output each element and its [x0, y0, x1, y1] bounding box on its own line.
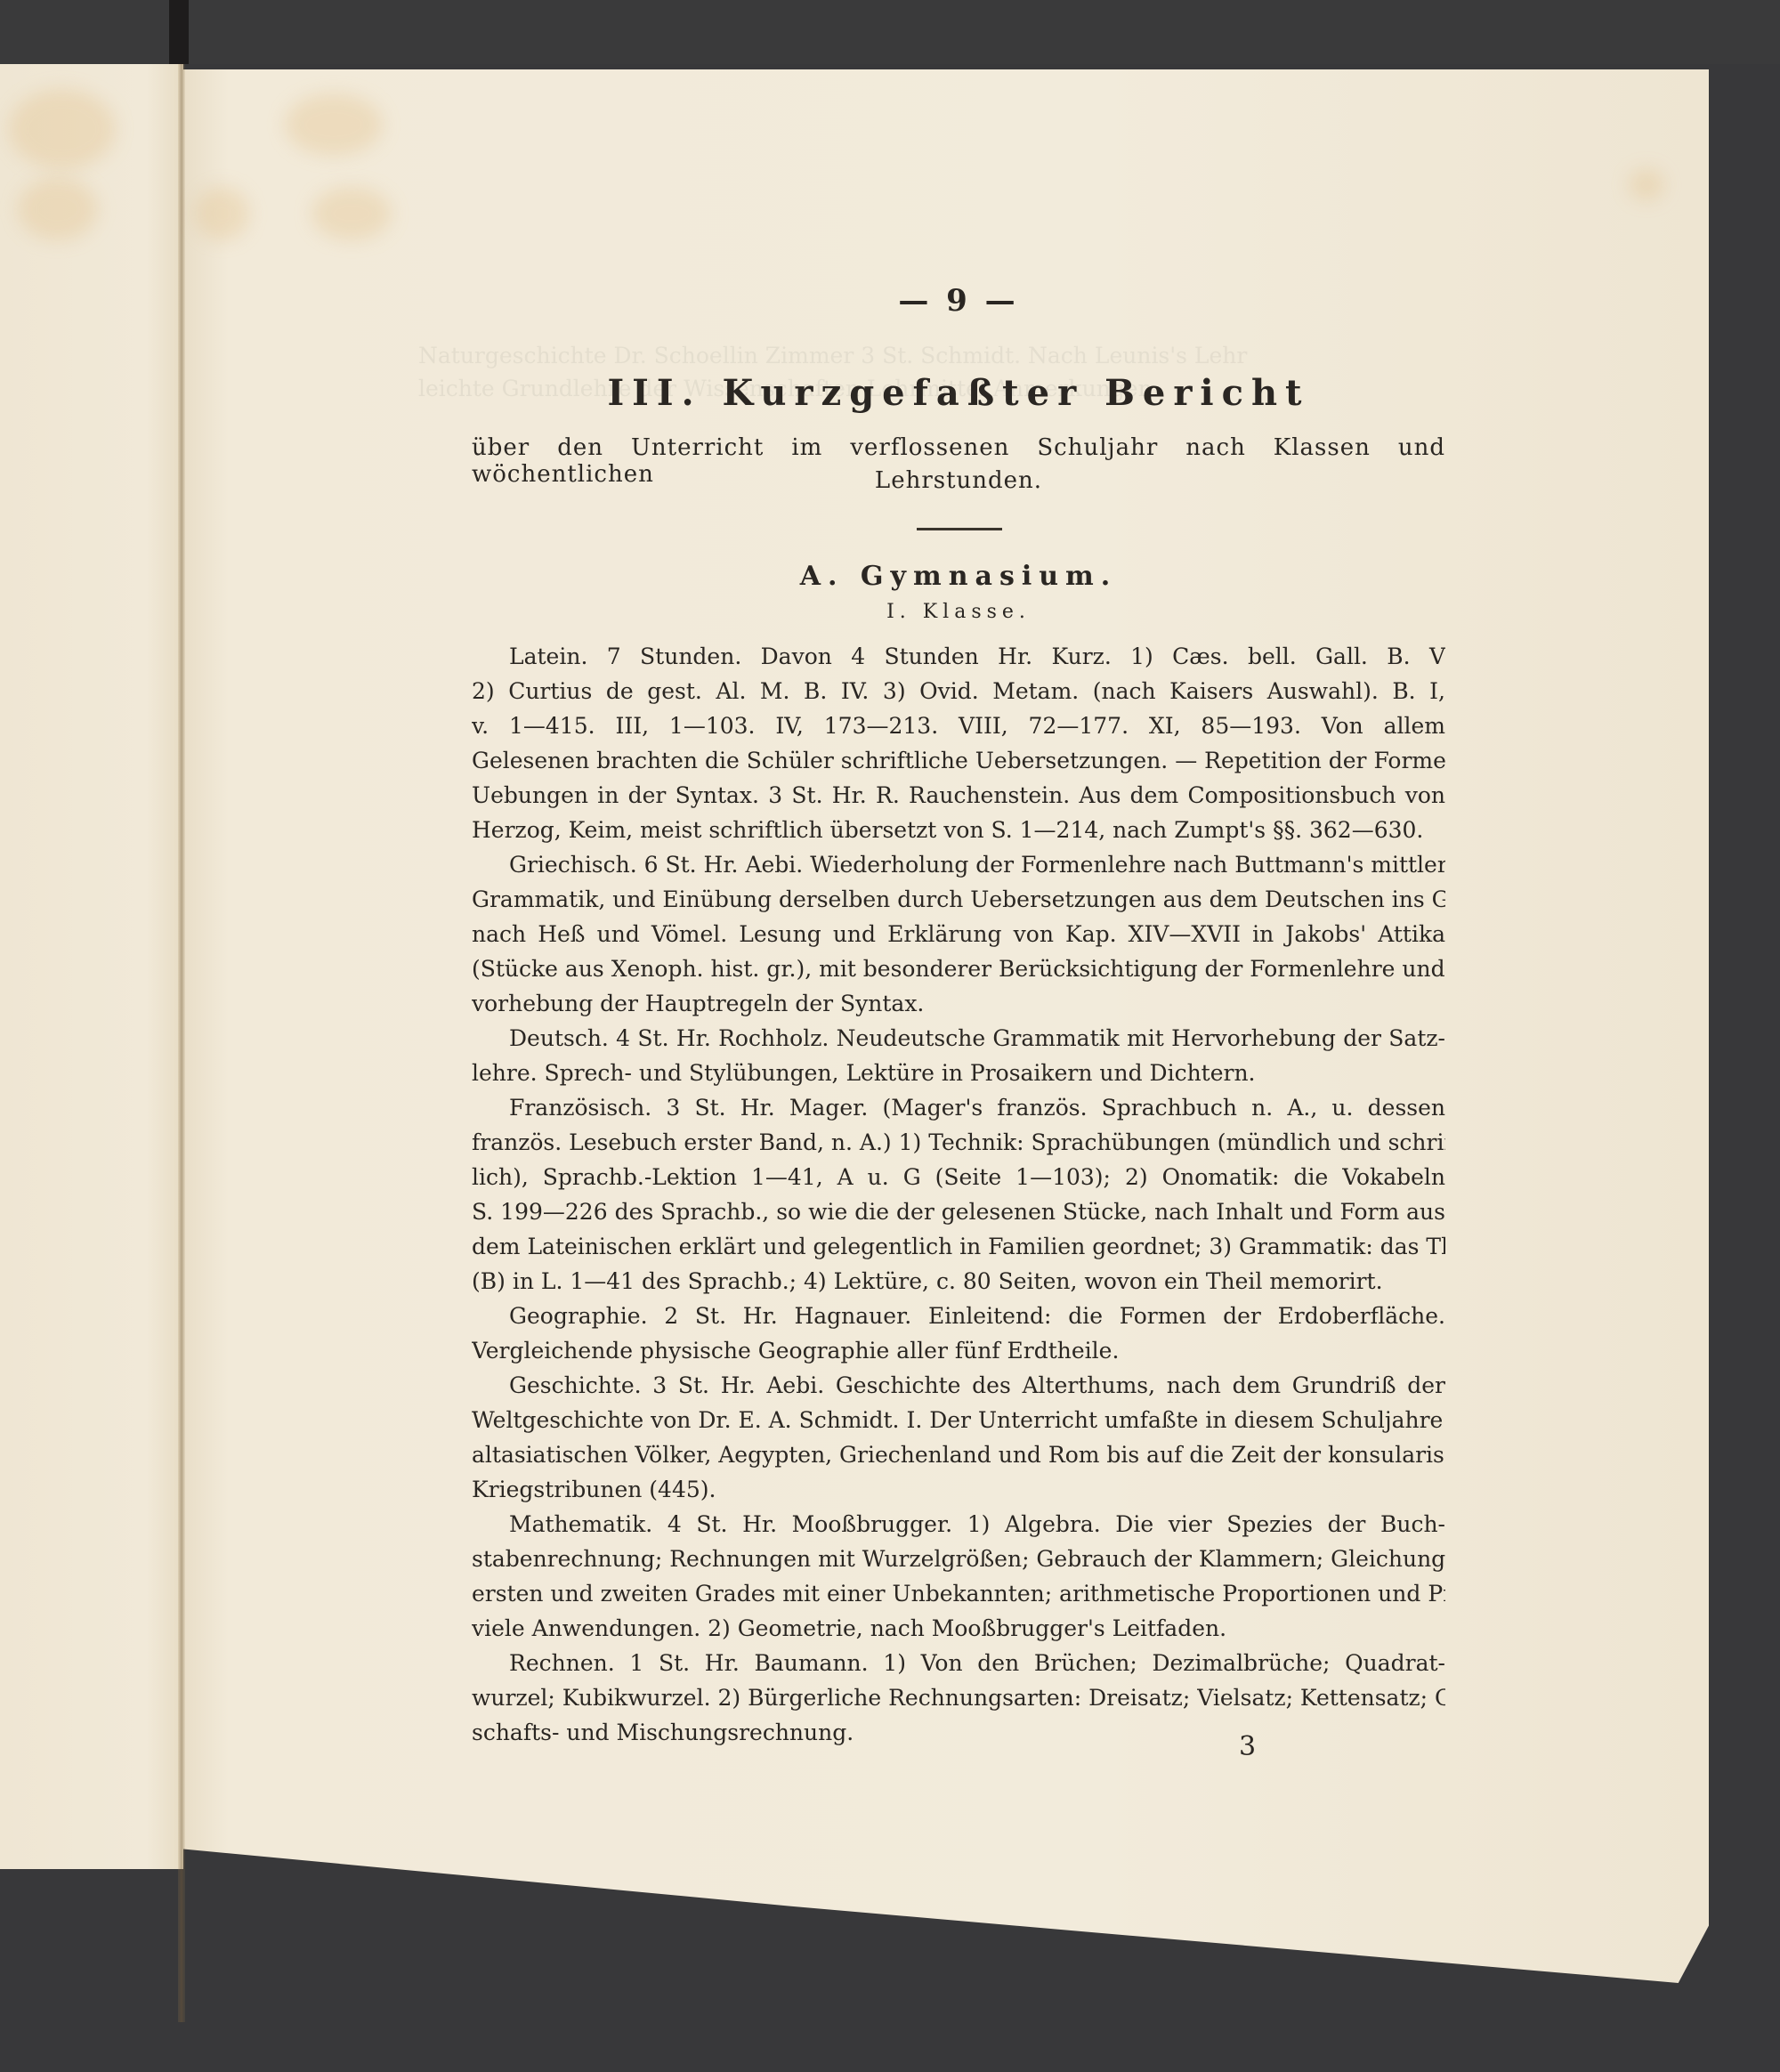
foxing-stain: [1629, 169, 1664, 200]
foxing-stain: [285, 93, 383, 156]
text-line: Mathematik. 4 St. Hr. Mooßbrugger. 1) Al…: [472, 1507, 1445, 1542]
text-line: Griechisch. 6 St. Hr. Aebi. Wiederholung…: [472, 847, 1445, 882]
text-line: lich), Sprachb.-Lektion 1—41, A u. G (Se…: [472, 1160, 1445, 1194]
text-line: altasiatischen Völker, Aegypten, Grieche…: [472, 1437, 1445, 1472]
text-line: Vergleichende physische Geographie aller…: [472, 1333, 1445, 1368]
text-line: Geographie. 2 St. Hr. Hagnauer. Einleite…: [472, 1299, 1445, 1333]
text-line: ersten und zweiten Grades mit einer Unbe…: [472, 1576, 1445, 1611]
book-gutter: [178, 64, 185, 2022]
text-line: Grammatik, und Einübung derselben durch …: [472, 882, 1445, 917]
chapter-heading: III. Kurzgefaßter Bericht: [472, 372, 1445, 414]
binding-shadow: [169, 0, 189, 64]
text-line: Uebungen in der Syntax. 3 St. Hr. R. Rau…: [472, 778, 1445, 813]
report-body: Latein. 7 Stunden. Davon 4 Stunden Hr. K…: [472, 639, 1445, 1750]
text-line: Gelesenen brachten die Schüler schriftli…: [472, 743, 1445, 778]
class-title: I. Klasse.: [472, 601, 1445, 623]
text-line: nach Heß und Vömel. Lesung und Erklärung…: [472, 917, 1445, 951]
text-line: viele Anwendungen. 2) Geometrie, nach Mo…: [472, 1611, 1445, 1646]
text-line: Weltgeschichte von Dr. E. A. Schmidt. I.…: [472, 1403, 1445, 1437]
text-line: Kriegstribunen (445).: [472, 1472, 1445, 1507]
section-title: A. Gymnasium.: [472, 561, 1445, 592]
text-line: schafts- und Mischungsrechnung.: [472, 1715, 1445, 1750]
foxing-stain: [311, 187, 392, 240]
text-line: (Stücke aus Xenoph. hist. gr.), mit beso…: [472, 951, 1445, 986]
text-line: 2) Curtius de gest. Al. M. B. IV. 3) Ovi…: [472, 674, 1445, 708]
text-line: v. 1—415. III, 1—103. IV, 173—213. VIII,…: [472, 708, 1445, 743]
text-line: Latein. 7 Stunden. Davon 4 Stunden Hr. K…: [472, 639, 1445, 674]
foxing-stain: [196, 187, 249, 240]
text-line: wurzel; Kubikwurzel. 2) Bürgerliche Rech…: [472, 1680, 1445, 1715]
text-line: S. 199—226 des Sprachb., so wie die der …: [472, 1194, 1445, 1229]
text-line: Französisch. 3 St. Hr. Mager. (Mager's f…: [472, 1090, 1445, 1125]
left-page: [0, 64, 183, 1869]
foxing-stain: [9, 89, 116, 169]
text-line: Rechnen. 1 St. Hr. Baumann. 1) Von den B…: [472, 1646, 1445, 1680]
text-line: (B) in L. 1—41 des Sprachb.; 4) Lektüre,…: [472, 1264, 1445, 1299]
text-line: vorhebung der Hauptregeln der Syntax.: [472, 986, 1445, 1021]
text-line: lehre. Sprech- und Stylübungen, Lektüre …: [472, 1056, 1445, 1090]
signature-mark: 3: [1239, 1731, 1256, 1762]
scan-background-top: [0, 0, 1780, 64]
bleed-through-text: Naturgeschichte Dr. Schoellin Zimmer 3 S…: [418, 343, 1247, 368]
text-line: französ. Lesebuch erster Band, n. A.) 1)…: [472, 1125, 1445, 1160]
text-line: stabenrechnung; Rechnungen mit Wurzelgrö…: [472, 1542, 1445, 1576]
foxing-stain: [18, 178, 98, 240]
text-line: dem Lateinischen erklärt und gelegentlic…: [472, 1229, 1445, 1264]
text-line: Herzog, Keim, meist schriftlich übersetz…: [472, 813, 1445, 847]
page-number: — 9 —: [472, 283, 1445, 319]
text-line: Geschichte. 3 St. Hr. Aebi. Geschichte d…: [472, 1368, 1445, 1403]
text-line: Deutsch. 4 St. Hr. Rochholz. Neudeutsche…: [472, 1021, 1445, 1056]
chapter-subtitle-line-2: Lehrstunden.: [472, 467, 1445, 494]
section-divider: [917, 528, 1002, 530]
